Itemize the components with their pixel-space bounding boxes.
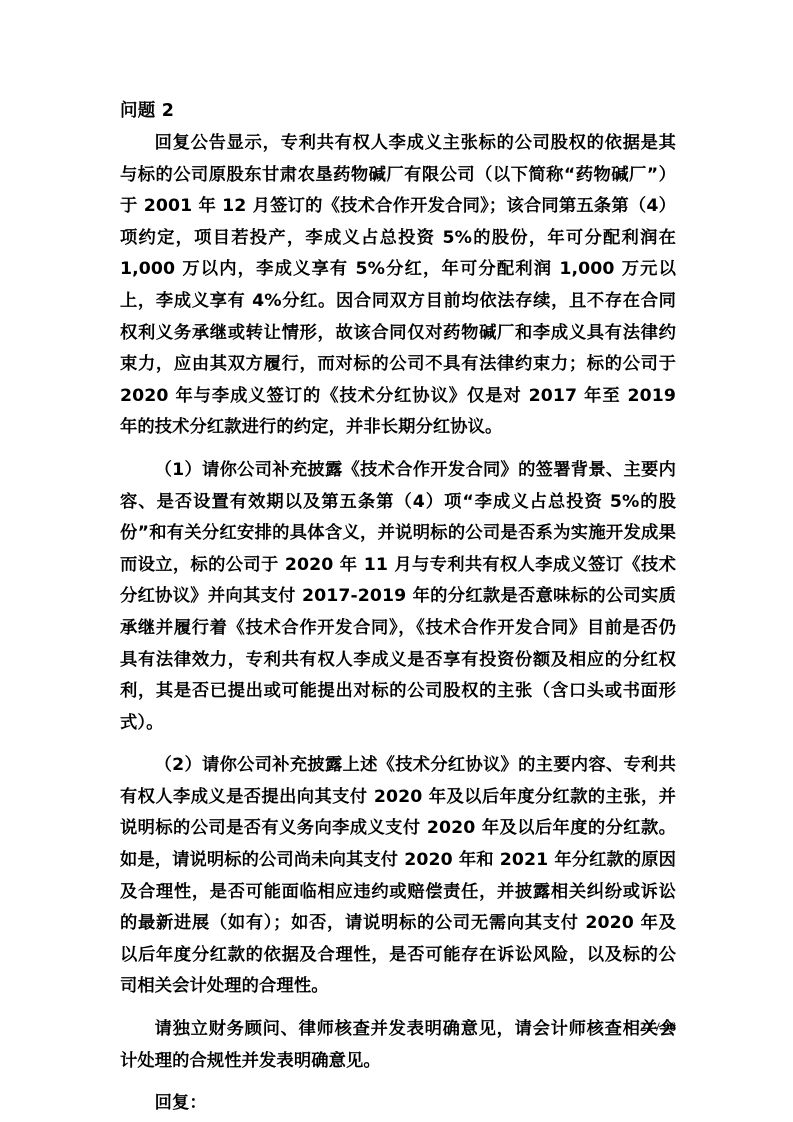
page-number: 22 / 96 [636,1019,676,1035]
question-item-1: （1）请你公司补充披露《技术合作开发合同》的签署背景、主要内容、是否设置有效期以… [120,455,676,739]
verification-request-paragraph: 请独立财务顾问、律师核查并发表明确意见，请会计师核查相关会计处理的合规性并发表明… [120,1014,676,1077]
reply-label: 回复： [120,1088,676,1120]
question-heading: 问题 2 [120,96,676,126]
background-paragraph: 回复公告显示，专利共有权人李成义主张标的公司股权的依据是其与标的公司原股东甘肃农… [120,128,676,444]
question-item-2: （2）请你公司补充披露上述《技术分红协议》的主要内容、专利共有权人李成义是否提出… [120,750,676,1003]
document-page: 问题 2 回复公告显示，专利共有权人李成义主张标的公司股权的依据是其与标的公司原… [120,96,676,1120]
